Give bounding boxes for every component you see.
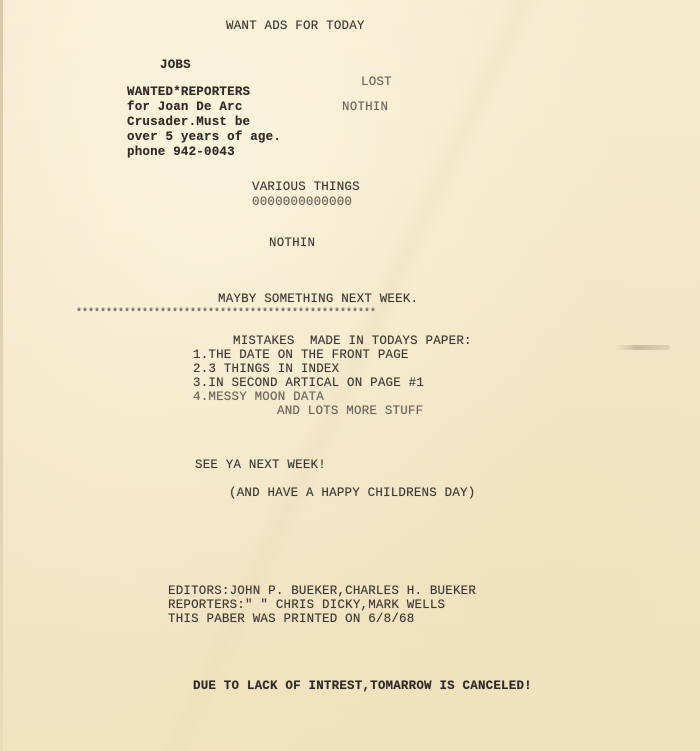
- paper-edge: [0, 0, 3, 751]
- job-ad-line: Crusader.Must be: [127, 115, 250, 130]
- lost-heading: LOST: [361, 75, 392, 90]
- mistake-item: 1.THE DATE ON THE FRONT PAGE: [193, 348, 409, 363]
- job-ad-line: over 5 years of age.: [127, 130, 281, 145]
- mistakes-footer: AND LOTS MORE STUFF: [277, 404, 423, 419]
- see-ya-line: SEE YA NEXT WEEK!: [195, 458, 326, 473]
- job-ad-line: for Joan De Arc: [127, 100, 243, 115]
- credits-editors: EDITORS:JOHN P. BUEKER,CHARLES H. BUEKER: [168, 584, 476, 599]
- jobs-heading: JOBS: [160, 58, 191, 73]
- mistake-item: 3.IN SECOND ARTICAL ON PAGE #1: [193, 376, 424, 391]
- credits-reporters: REPORTERS:" " CHRIS DICKY,MARK WELLS: [168, 598, 445, 613]
- various-things-body: NOTHIN: [269, 236, 315, 251]
- maybe-line: MAYBY SOMETHING NEXT WEEK.: [218, 292, 418, 307]
- typewritten-page: WANT ADS FOR TODAY JOBS LOST WANTED*REPO…: [0, 0, 700, 751]
- job-ad-line: phone 942-0043: [127, 145, 235, 160]
- credits-printed-date: THIS PABER WAS PRINTED ON 6/8/68: [168, 612, 414, 627]
- star-divider: ****************************************…: [76, 306, 376, 321]
- page-title: WANT ADS FOR TODAY: [226, 19, 365, 34]
- various-things-divider: 0000000000000: [252, 195, 352, 210]
- various-things-heading: VARIOUS THINGS: [252, 180, 360, 195]
- lost-body: NOTHIN: [342, 100, 388, 115]
- closing-line: DUE TO LACK OF INTREST,TOMARROW IS CANCE…: [193, 679, 532, 694]
- mistake-item: 2.3 THINGS IN INDEX: [193, 362, 339, 377]
- childrens-day-line: (AND HAVE A HAPPY CHILDRENS DAY): [229, 486, 475, 501]
- job-ad-line: WANTED*REPORTERS: [127, 85, 250, 100]
- mistakes-heading: MISTAKES MADE IN TODAYS PAPER:: [233, 334, 472, 349]
- ink-smudge: [615, 345, 670, 350]
- mistake-item: 4.MESSY MOON DATA: [193, 390, 324, 405]
